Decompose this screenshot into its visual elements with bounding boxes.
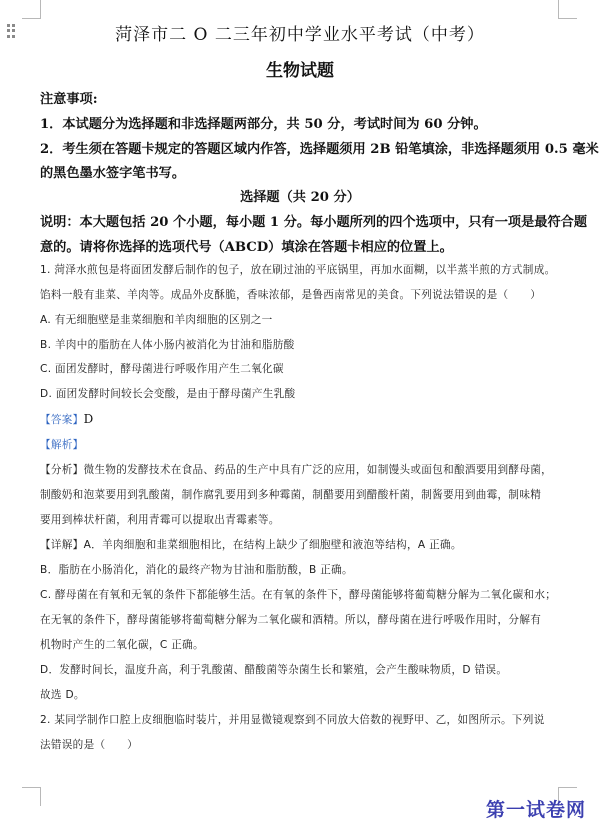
detail-line: 机物时产生的二氧化碳，C 正确。 — [40, 637, 204, 652]
instructions-line: 说明：本大题包括 20 个小题，每小题 1 分。每小题所列的四个选项中，只有一项… — [40, 211, 587, 230]
detail-line: C. 酵母菌在有氧和无氧的条件下都能够生活。在有氧的条件下，酵母菌能够将葡萄糖分… — [40, 587, 556, 602]
answer-label: 【答案】 — [40, 414, 84, 426]
notice-item: 2．考生须在答题卡规定的答题区域内作答，选择题须用 2B 铅笔填涂，非选择题须用… — [40, 138, 599, 157]
drag-handle-icon[interactable] — [7, 24, 15, 38]
detail-line: 在无氧的条件下，酵母菌能够将葡萄糖分解为二氧化碳和酒精。所以，酵母菌在进行呼吸作… — [40, 612, 541, 627]
page-corner-mark-top-left — [22, 0, 41, 19]
instructions-line: 意的。请将你选择的选项代号（ABCD）填涂在答题卡相应的位置上。 — [40, 236, 453, 255]
detail-line: 故选 D。 — [40, 687, 85, 702]
answer-line: 【答案】D — [40, 412, 94, 427]
analysis-line: 【分析】微生物的发酵技术在食品、药品的生产中具有广泛的应用，如制馒头或面包和酿酒… — [40, 462, 552, 477]
page-corner-mark-bottom-left — [22, 787, 41, 806]
detail-line: B．脂肪在小肠消化，消化的最终产物为甘油和脂肪酸，B 正确。 — [40, 562, 353, 577]
notice-item: 1．本试题分为选择题和非选择题两部分，共 50 分，考试时间为 60 分钟。 — [40, 113, 487, 132]
exam-title: 菏泽市二 O 二三年初中学业水平考试（中考） — [40, 20, 560, 45]
question1-option-a: A. 有无细胞壁是韭菜细胞和羊肉细胞的区别之一 — [40, 312, 273, 327]
detail-line: 【详解】A．羊肉细胞和韭菜细胞相比，在结构上缺少了细胞壁和液泡等结构，A 正确。 — [40, 537, 462, 552]
question1-stem: 馅料一般有韭菜、羊肉等。成品外皮酥脆，香味浓郁，是鲁西南常见的美食。下列说法错误… — [40, 287, 541, 302]
question1-option-c: C. 面团发酵时，酵母菌进行呼吸作用产生二氧化碳 — [40, 361, 284, 376]
notice-heading: 注意事项: — [40, 88, 98, 107]
question1-option-d: D. 面团发酵时间较长会变酸，是由于酵母菌产生乳酸 — [40, 386, 295, 401]
detail-line: D．发酵时间长，温度升高，利于乳酸菌、醋酸菌等杂菌生长和繁殖，会产生酸味物质，D… — [40, 662, 507, 677]
notice-item: 的黑色墨水签字笔书写。 — [40, 162, 185, 181]
analysis-line: 要用到棒状杆菌，利用青霉可以提取出青霉素等。 — [40, 512, 280, 527]
analysis-label: 【解析】 — [40, 437, 84, 452]
page-corner-mark-top-right — [558, 0, 577, 19]
question2-stem: 法错误的是（ ） — [40, 737, 138, 752]
question1-stem: 1. 菏泽水煎包是将面团发酵后制作的包子，放在刷过油的平底锅里，再加水面糊，以半… — [40, 262, 555, 277]
analysis-line: 制酸奶和泡菜要用到乳酸菌，制作腐乳要用到多种霉菌，制醋要用到醋酸杆菌，制酱要用到… — [40, 487, 541, 502]
exam-subtitle: 生物试题 — [40, 56, 560, 81]
question1-option-b: B. 羊肉中的脂肪在人体小肠内被消化为甘油和脂肪酸 — [40, 337, 295, 352]
section-title: 选择题（共 20 分） — [40, 186, 560, 205]
watermark-logo: 第一试卷网 — [486, 795, 586, 822]
answer-value: D — [84, 412, 94, 426]
question2-stem: 2. 某同学制作口腔上皮细胞临时装片，并用显微镜观察到不同放大倍数的视野甲、乙，… — [40, 712, 545, 727]
